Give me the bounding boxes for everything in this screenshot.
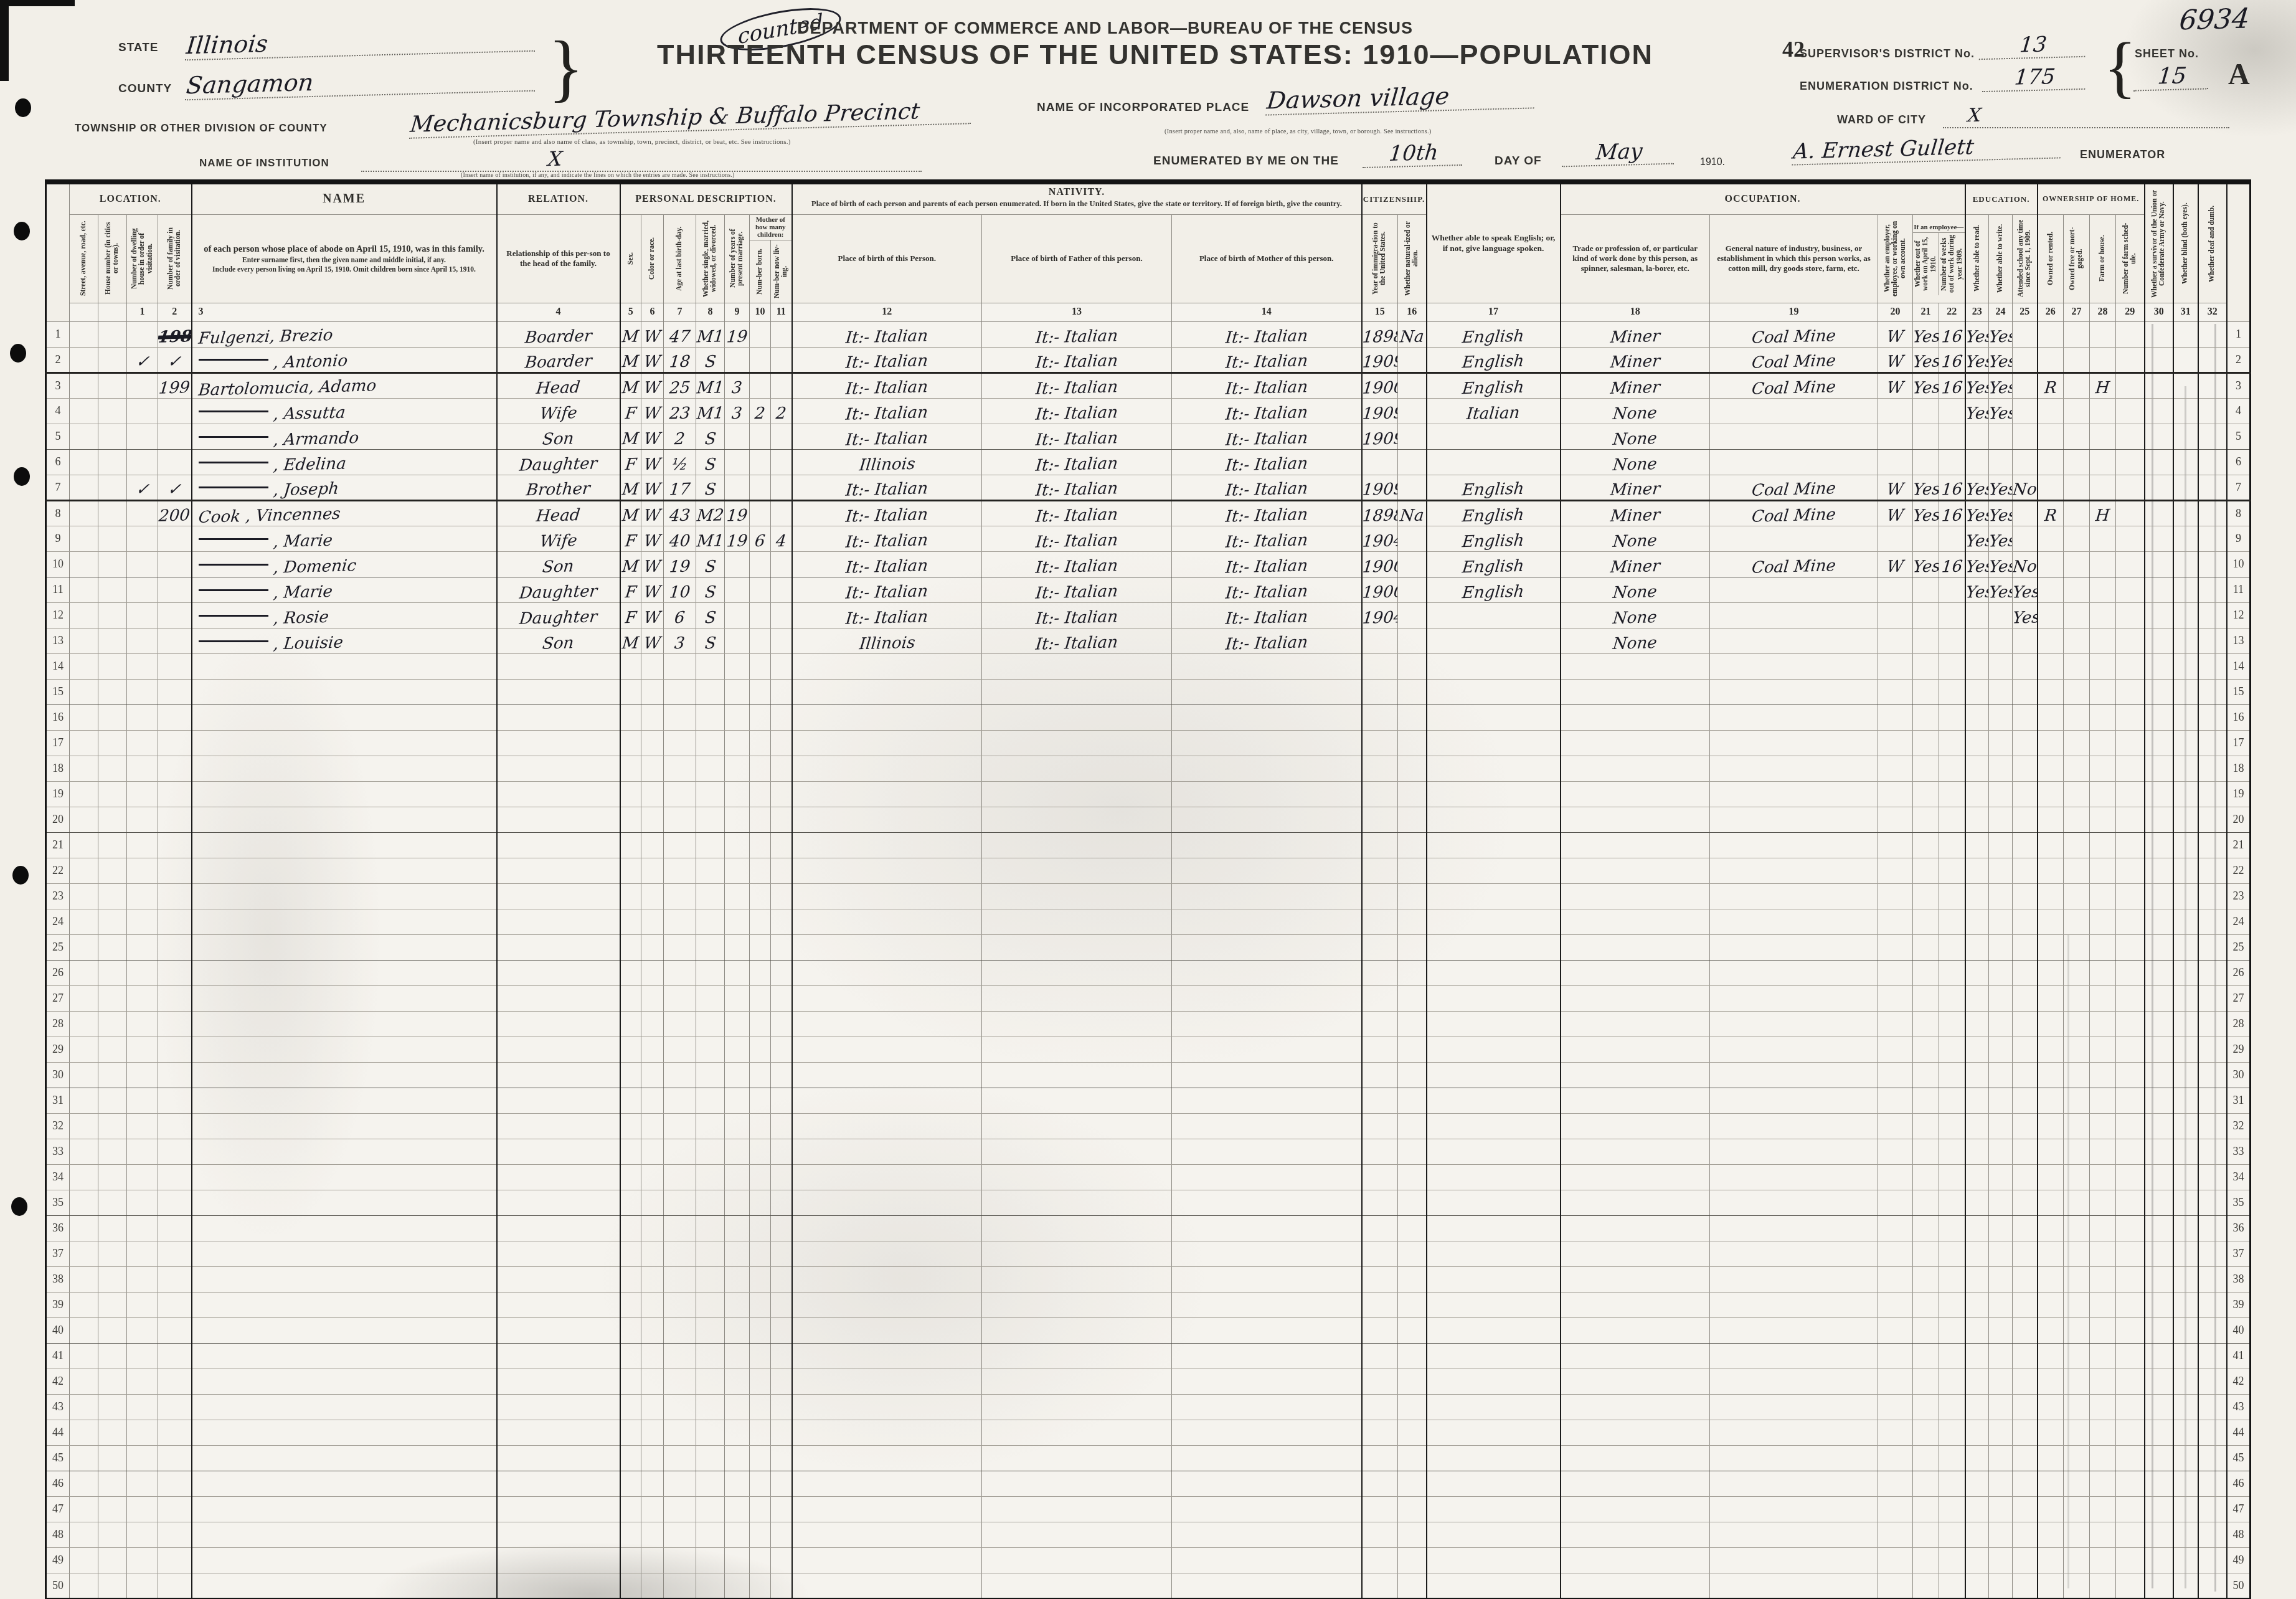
cell-out-of-work: Yes (1913, 347, 1939, 372)
row-number-left: 47 (46, 1496, 70, 1522)
cell-naturalized (1398, 730, 1427, 756)
ward-value: X (1967, 105, 1982, 127)
cell-home-free (2064, 1241, 2090, 1266)
cell-blind (2173, 679, 2198, 705)
handwritten-entry: It:- Italian (1035, 558, 1119, 577)
cell-veteran (2145, 1394, 2173, 1420)
cell-family-no (158, 628, 192, 653)
cell-naturalized (1398, 347, 1427, 372)
cell-read (1965, 1215, 1989, 1241)
cell-name (192, 1445, 497, 1471)
row-number-left: 38 (46, 1266, 70, 1292)
cell-yrs-married (725, 1215, 750, 1241)
cell-family-no: 199 (158, 372, 192, 398)
cell-imm-year (1362, 1037, 1398, 1062)
cell-home-free (2064, 832, 2090, 858)
cell-dwelling-no (127, 934, 158, 960)
cell-street (70, 1496, 98, 1522)
cell-house-no (98, 832, 127, 858)
handwritten-entry: It:- Italian (1035, 506, 1119, 526)
cell-home-free (2064, 500, 2090, 526)
cell-write (1989, 1496, 2013, 1522)
cell-color (641, 1062, 664, 1088)
cell-father-birthplace (982, 1062, 1172, 1088)
cell-sex (620, 960, 641, 985)
cell-school: No (2013, 475, 2038, 500)
cell-weeks-out (1939, 1573, 1965, 1598)
handwritten-entry: M (621, 507, 640, 526)
cell-children-living (771, 934, 792, 960)
row-number-right: 26 (2227, 960, 2251, 985)
cell-farm-house (2090, 909, 2116, 934)
cell-school (2013, 1241, 2038, 1266)
row-number-right: 31 (2227, 1088, 2251, 1113)
cell-home-owned (2038, 1547, 2064, 1573)
cell-farm-schedule (2116, 1241, 2145, 1266)
cell-industry (1710, 602, 1878, 628)
cell-family-no (158, 781, 192, 807)
cell-home-owned (2038, 705, 2064, 730)
col-children-living-header: Num-ber now liv-ing. (770, 240, 791, 303)
handwritten-entry: ½ (671, 456, 688, 475)
cell-mother-birthplace (1172, 858, 1362, 883)
cell-sex (620, 934, 641, 960)
handwritten-entry: It:- Italian (845, 558, 929, 577)
handwritten-entry: 16 (1940, 379, 1963, 398)
cell-age: 23 (664, 398, 696, 424)
cell-write (1989, 1420, 2013, 1445)
cell-mother-birthplace (1172, 1343, 1362, 1369)
cell-employer (1878, 449, 1913, 475)
handwritten-entry: Coal Mine (1751, 379, 1837, 398)
handwritten-entry: Miner (1610, 507, 1661, 526)
cell-dwelling-no (127, 321, 158, 347)
cell-blind (2173, 1241, 2198, 1266)
cell-employer (1878, 1343, 1913, 1369)
cell-sex (620, 1011, 641, 1037)
cell-father-birthplace (982, 1420, 1172, 1445)
cell-blind (2173, 1445, 2198, 1471)
township-label: TOWNSHIP OR OTHER DIVISION OF COUNTY (75, 122, 328, 135)
cell-father-birthplace (982, 1343, 1172, 1369)
cell-deaf (2198, 883, 2227, 909)
cell-house-no (98, 934, 127, 960)
cell-yrs-married (725, 1139, 750, 1164)
cell-relation (497, 1445, 620, 1471)
ditto-line (199, 640, 268, 642)
cell-mother-birthplace: It:- Italian (1172, 628, 1362, 653)
cell-trade (1561, 1190, 1710, 1215)
handwritten-entry: 43 (669, 507, 691, 526)
cell-out-of-work (1913, 602, 1939, 628)
cell-age (664, 679, 696, 705)
cell-write (1989, 807, 2013, 832)
cell-mother-birthplace (1172, 1011, 1362, 1037)
cell-father-birthplace: It:- Italian (982, 372, 1172, 398)
cell-farm-schedule (2116, 1266, 2145, 1292)
cell-house-no (98, 1215, 127, 1241)
row-number-right: 21 (2227, 832, 2251, 858)
cell-trade (1561, 883, 1710, 909)
cell-marital (696, 1190, 725, 1215)
cell-farm-house (2090, 985, 2116, 1011)
cell-deaf (2198, 551, 2227, 577)
row-number-left: 33 (46, 1139, 70, 1164)
cell-industry (1710, 679, 1878, 705)
table-row: 3838 (46, 1266, 2251, 1292)
cell-school (2013, 985, 2038, 1011)
cell-read (1965, 679, 1989, 705)
cell-veteran (2145, 1343, 2173, 1369)
institution-label: NAME OF INSTITUTION (199, 157, 329, 169)
cell-deaf (2198, 909, 2227, 934)
cell-color: W (641, 372, 664, 398)
cell-dwelling-no (127, 1113, 158, 1139)
cell-employer (1878, 1522, 1913, 1547)
cell-dwelling-no (127, 1420, 158, 1445)
cell-school (2013, 1088, 2038, 1113)
handwritten-entry: M (621, 328, 640, 347)
cell-house-no (98, 1394, 127, 1420)
cell-language: English (1427, 475, 1561, 500)
cell-house-no (98, 526, 127, 551)
cell-family-no (158, 424, 192, 449)
cell-children-living (771, 551, 792, 577)
cell-weeks-out (1939, 883, 1965, 909)
table-row: 4141 (46, 1343, 2251, 1369)
cell-children-living (771, 1547, 792, 1573)
cell-age (664, 705, 696, 730)
name-note-1: Enter surname first, then the given name… (196, 257, 493, 264)
cell-farm-schedule (2116, 832, 2145, 858)
table-row: 1198Fulgenzi, BrezioBoarderMW47M119It:- … (46, 321, 2251, 347)
cell-language (1427, 985, 1561, 1011)
cell-home-free (2064, 1062, 2090, 1088)
cell-children-living (771, 883, 792, 909)
cell-imm-year (1362, 1317, 1398, 1343)
handwritten-entry: 19 (726, 533, 749, 551)
row-number-left: 43 (46, 1394, 70, 1420)
cell-out-of-work (1913, 781, 1939, 807)
table-row: 1717 (46, 730, 2251, 756)
cell-sex (620, 1394, 641, 1420)
cell-birthplace: Illinois (792, 449, 982, 475)
cell-language (1427, 1241, 1561, 1266)
row-number-left: 20 (46, 807, 70, 832)
group-occupation: OCCUPATION. (1561, 182, 1965, 214)
cell-age (664, 1241, 696, 1266)
cell-out-of-work (1913, 858, 1939, 883)
cell-school (2013, 883, 2038, 909)
cell-father-birthplace (982, 705, 1172, 730)
table-row: 13, LouisieSonMW3SIllinoisIt:- ItalianIt… (46, 628, 2251, 653)
handwritten-entry: Miner (1610, 328, 1661, 348)
cell-school (2013, 1420, 2038, 1445)
cell-read (1965, 1547, 1989, 1573)
cell-veteran (2145, 730, 2173, 756)
row-number-right: 39 (2227, 1292, 2251, 1317)
cell-farm-house (2090, 883, 2116, 909)
cell-father-birthplace (982, 832, 1172, 858)
cell-industry (1710, 1139, 1878, 1164)
cell-relation (497, 1164, 620, 1190)
row-number-left: 49 (46, 1547, 70, 1573)
cell-home-owned (2038, 756, 2064, 781)
handwritten-entry: W (643, 533, 662, 551)
cell-relation (497, 1088, 620, 1113)
cell-yrs-married (725, 1088, 750, 1113)
cell-name (192, 858, 497, 883)
cell-industry (1710, 858, 1878, 883)
cell-read (1965, 781, 1989, 807)
cell-blind (2173, 883, 2198, 909)
handwritten-entry: 47 (669, 328, 691, 347)
cell-children-born (750, 500, 771, 526)
handwritten-entry: It:- Italian (1035, 532, 1119, 551)
cell-name (192, 679, 497, 705)
cell-farm-house (2090, 807, 2116, 832)
handwritten-entry: S (704, 584, 717, 602)
row-number-left: 2 (46, 347, 70, 372)
cell-blind (2173, 500, 2198, 526)
cell-out-of-work: Yes (1913, 321, 1939, 347)
cell-name: , Marie (192, 577, 497, 602)
cell-children-born (750, 1215, 771, 1241)
cell-write (1989, 424, 2013, 449)
cell-sex (620, 1241, 641, 1266)
cell-weeks-out (1939, 985, 1965, 1011)
cell-industry (1710, 1547, 1878, 1573)
cell-mother-birthplace (1172, 1139, 1362, 1164)
cell-school (2013, 1547, 2038, 1573)
cell-home-owned (2038, 781, 2064, 807)
cell-weeks-out: 16 (1939, 551, 1965, 577)
cell-family-no (158, 1190, 192, 1215)
cell-age (664, 832, 696, 858)
row-number-left: 36 (46, 1215, 70, 1241)
handwritten-entry: Yes (1965, 328, 1989, 347)
handwritten-entry: W (643, 584, 662, 602)
cell-imm-year (1362, 679, 1398, 705)
cell-children-living (771, 500, 792, 526)
handwritten-entry: Yes (1913, 328, 1939, 347)
cell-dwelling-no (127, 679, 158, 705)
cell-mother-birthplace: It:- Italian (1172, 526, 1362, 551)
cell-family-no (158, 1394, 192, 1420)
cell-veteran (2145, 475, 2173, 500)
handwritten-entry: 1898 (1362, 328, 1398, 347)
cell-relation: Head (497, 500, 620, 526)
handwritten-entry: S (704, 559, 717, 577)
cell-house-no (98, 628, 127, 653)
cell-write (1989, 705, 2013, 730)
cell-children-born (750, 602, 771, 628)
cell-language: English (1427, 526, 1561, 551)
cell-imm-year (1362, 1496, 1398, 1522)
handwritten-entry: English (1462, 328, 1525, 347)
handwritten-entry: F (624, 406, 637, 424)
row-number-left: 13 (46, 628, 70, 653)
cell-blind (2173, 577, 2198, 602)
row-number-left: 44 (46, 1420, 70, 1445)
cell-yrs-married (725, 1343, 750, 1369)
cell-deaf (2198, 1445, 2227, 1471)
cell-family-no (158, 449, 192, 475)
cell-write (1989, 756, 2013, 781)
cell-marital (696, 781, 725, 807)
cell-children-living (771, 424, 792, 449)
enumerator-signature: A. Ernest Gullett (1792, 132, 2062, 165)
cell-dwelling-no (127, 526, 158, 551)
cell-industry (1710, 398, 1878, 424)
cell-blind (2173, 807, 2198, 832)
handwritten-entry: It:- Italian (1035, 379, 1119, 398)
cell-dwelling-no (127, 1547, 158, 1573)
cell-marital: S (696, 475, 725, 500)
cell-industry: Coal Mine (1710, 372, 1878, 398)
cell-marital (696, 705, 725, 730)
handwritten-entry: R (2044, 508, 2057, 526)
cell-color (641, 730, 664, 756)
cell-write (1989, 1190, 2013, 1215)
cell-age: 40 (664, 526, 696, 551)
cell-father-birthplace: It:- Italian (982, 398, 1172, 424)
cell-industry (1710, 705, 1878, 730)
cell-children-born (750, 372, 771, 398)
cell-name (192, 1113, 497, 1139)
cell-veteran (2145, 756, 2173, 781)
table-row: 3333 (46, 1139, 2251, 1164)
cell-naturalized (1398, 985, 1427, 1011)
cell-school (2013, 1445, 2038, 1471)
cell-school (2013, 1522, 2038, 1547)
cell-blind (2173, 1471, 2198, 1496)
cell-yrs-married (725, 551, 750, 577)
cell-weeks-out (1939, 756, 1965, 781)
cell-weeks-out (1939, 730, 1965, 756)
handwritten-entry: It:- Italian (1035, 634, 1119, 653)
cell-trade (1561, 1317, 1710, 1343)
county-value: Sangamon (185, 63, 537, 101)
cell-dwelling-no (127, 730, 158, 756)
cell-farm-schedule (2116, 1037, 2145, 1062)
cell-veteran (2145, 628, 2173, 653)
handwritten-entry: M (621, 430, 640, 449)
cell-farm-house (2090, 424, 2116, 449)
cell-relation (497, 1343, 620, 1369)
cell-write (1989, 1471, 2013, 1496)
cell-home-owned (2038, 909, 2064, 934)
cell-write (1989, 1088, 2013, 1113)
handwritten-entry: W (643, 481, 662, 500)
cell-children-living (771, 960, 792, 985)
handwritten-entry: Miner (1610, 379, 1661, 399)
col-birthplace-header: Place of birth of this Person. (792, 214, 982, 303)
cell-mother-birthplace (1172, 1088, 1362, 1113)
cell-color (641, 1215, 664, 1241)
cell-deaf (2198, 1062, 2227, 1088)
cell-naturalized (1398, 858, 1427, 883)
cell-employer (1878, 807, 1913, 832)
cell-write (1989, 1215, 2013, 1241)
cell-naturalized (1398, 424, 1427, 449)
cell-trade: Miner (1561, 475, 1710, 500)
cell-deaf (2198, 1420, 2227, 1445)
cell-dwelling-no (127, 1266, 158, 1292)
cell-sex: F (620, 449, 641, 475)
cell-house-no (98, 1522, 127, 1547)
cell-house-no (98, 1113, 127, 1139)
cell-street (70, 475, 98, 500)
cell-weeks-out (1939, 1113, 1965, 1139)
handwritten-entry: W (1886, 353, 1905, 372)
handwritten-entry: 18 (669, 353, 691, 372)
cell-name (192, 1139, 497, 1164)
cell-farm-house (2090, 1394, 2116, 1420)
cell-naturalized (1398, 883, 1427, 909)
cell-home-free (2064, 1139, 2090, 1164)
cell-read (1965, 883, 1989, 909)
cell-veteran (2145, 1420, 2173, 1445)
table-row: 4444 (46, 1420, 2251, 1445)
cell-father-birthplace (982, 1215, 1172, 1241)
cell-naturalized (1398, 1522, 1427, 1547)
cell-write (1989, 1139, 2013, 1164)
row-number-right: 38 (2227, 1266, 2251, 1292)
handwritten-entry: M (621, 379, 640, 398)
handwritten-entry: Yes (1965, 533, 1989, 551)
cell-naturalized (1398, 756, 1427, 781)
cell-father-birthplace (982, 1496, 1172, 1522)
cell-children-born (750, 1292, 771, 1317)
cell-age: 43 (664, 500, 696, 526)
cell-name: , Assutta (192, 398, 497, 424)
cell-dwelling-no (127, 1292, 158, 1317)
cell-weeks-out: 16 (1939, 321, 1965, 347)
cell-home-owned (2038, 1445, 2064, 1471)
cell-birthplace (792, 653, 982, 679)
cell-veteran (2145, 1241, 2173, 1266)
cell-veteran (2145, 705, 2173, 730)
cell-home-free (2064, 398, 2090, 424)
cell-house-no (98, 372, 127, 398)
cell-street (70, 526, 98, 551)
cell-blind (2173, 1317, 2198, 1343)
cell-children-born (750, 1164, 771, 1190)
cell-write (1989, 602, 2013, 628)
handwritten-entry: No (2013, 558, 2038, 577)
cell-blind (2173, 1011, 2198, 1037)
cell-house-no (98, 1369, 127, 1394)
cell-name (192, 1471, 497, 1496)
row-number-right: 10 (2227, 551, 2251, 577)
cell-yrs-married (725, 1547, 750, 1573)
handwritten-entry: 16 (1940, 507, 1963, 526)
cell-yrs-married (725, 1241, 750, 1266)
cell-house-no (98, 807, 127, 832)
corner-number: 6934 (2178, 3, 2251, 37)
cell-farm-house (2090, 1369, 2116, 1394)
cell-mother-birthplace (1172, 1445, 1362, 1471)
cell-deaf (2198, 475, 2227, 500)
cell-name (192, 1088, 497, 1113)
cell-sex (620, 756, 641, 781)
cell-yrs-married (725, 602, 750, 628)
cell-farm-house (2090, 832, 2116, 858)
cell-father-birthplace (982, 1573, 1172, 1598)
cell-family-no: 198 (158, 321, 192, 347)
cell-naturalized (1398, 909, 1427, 934)
